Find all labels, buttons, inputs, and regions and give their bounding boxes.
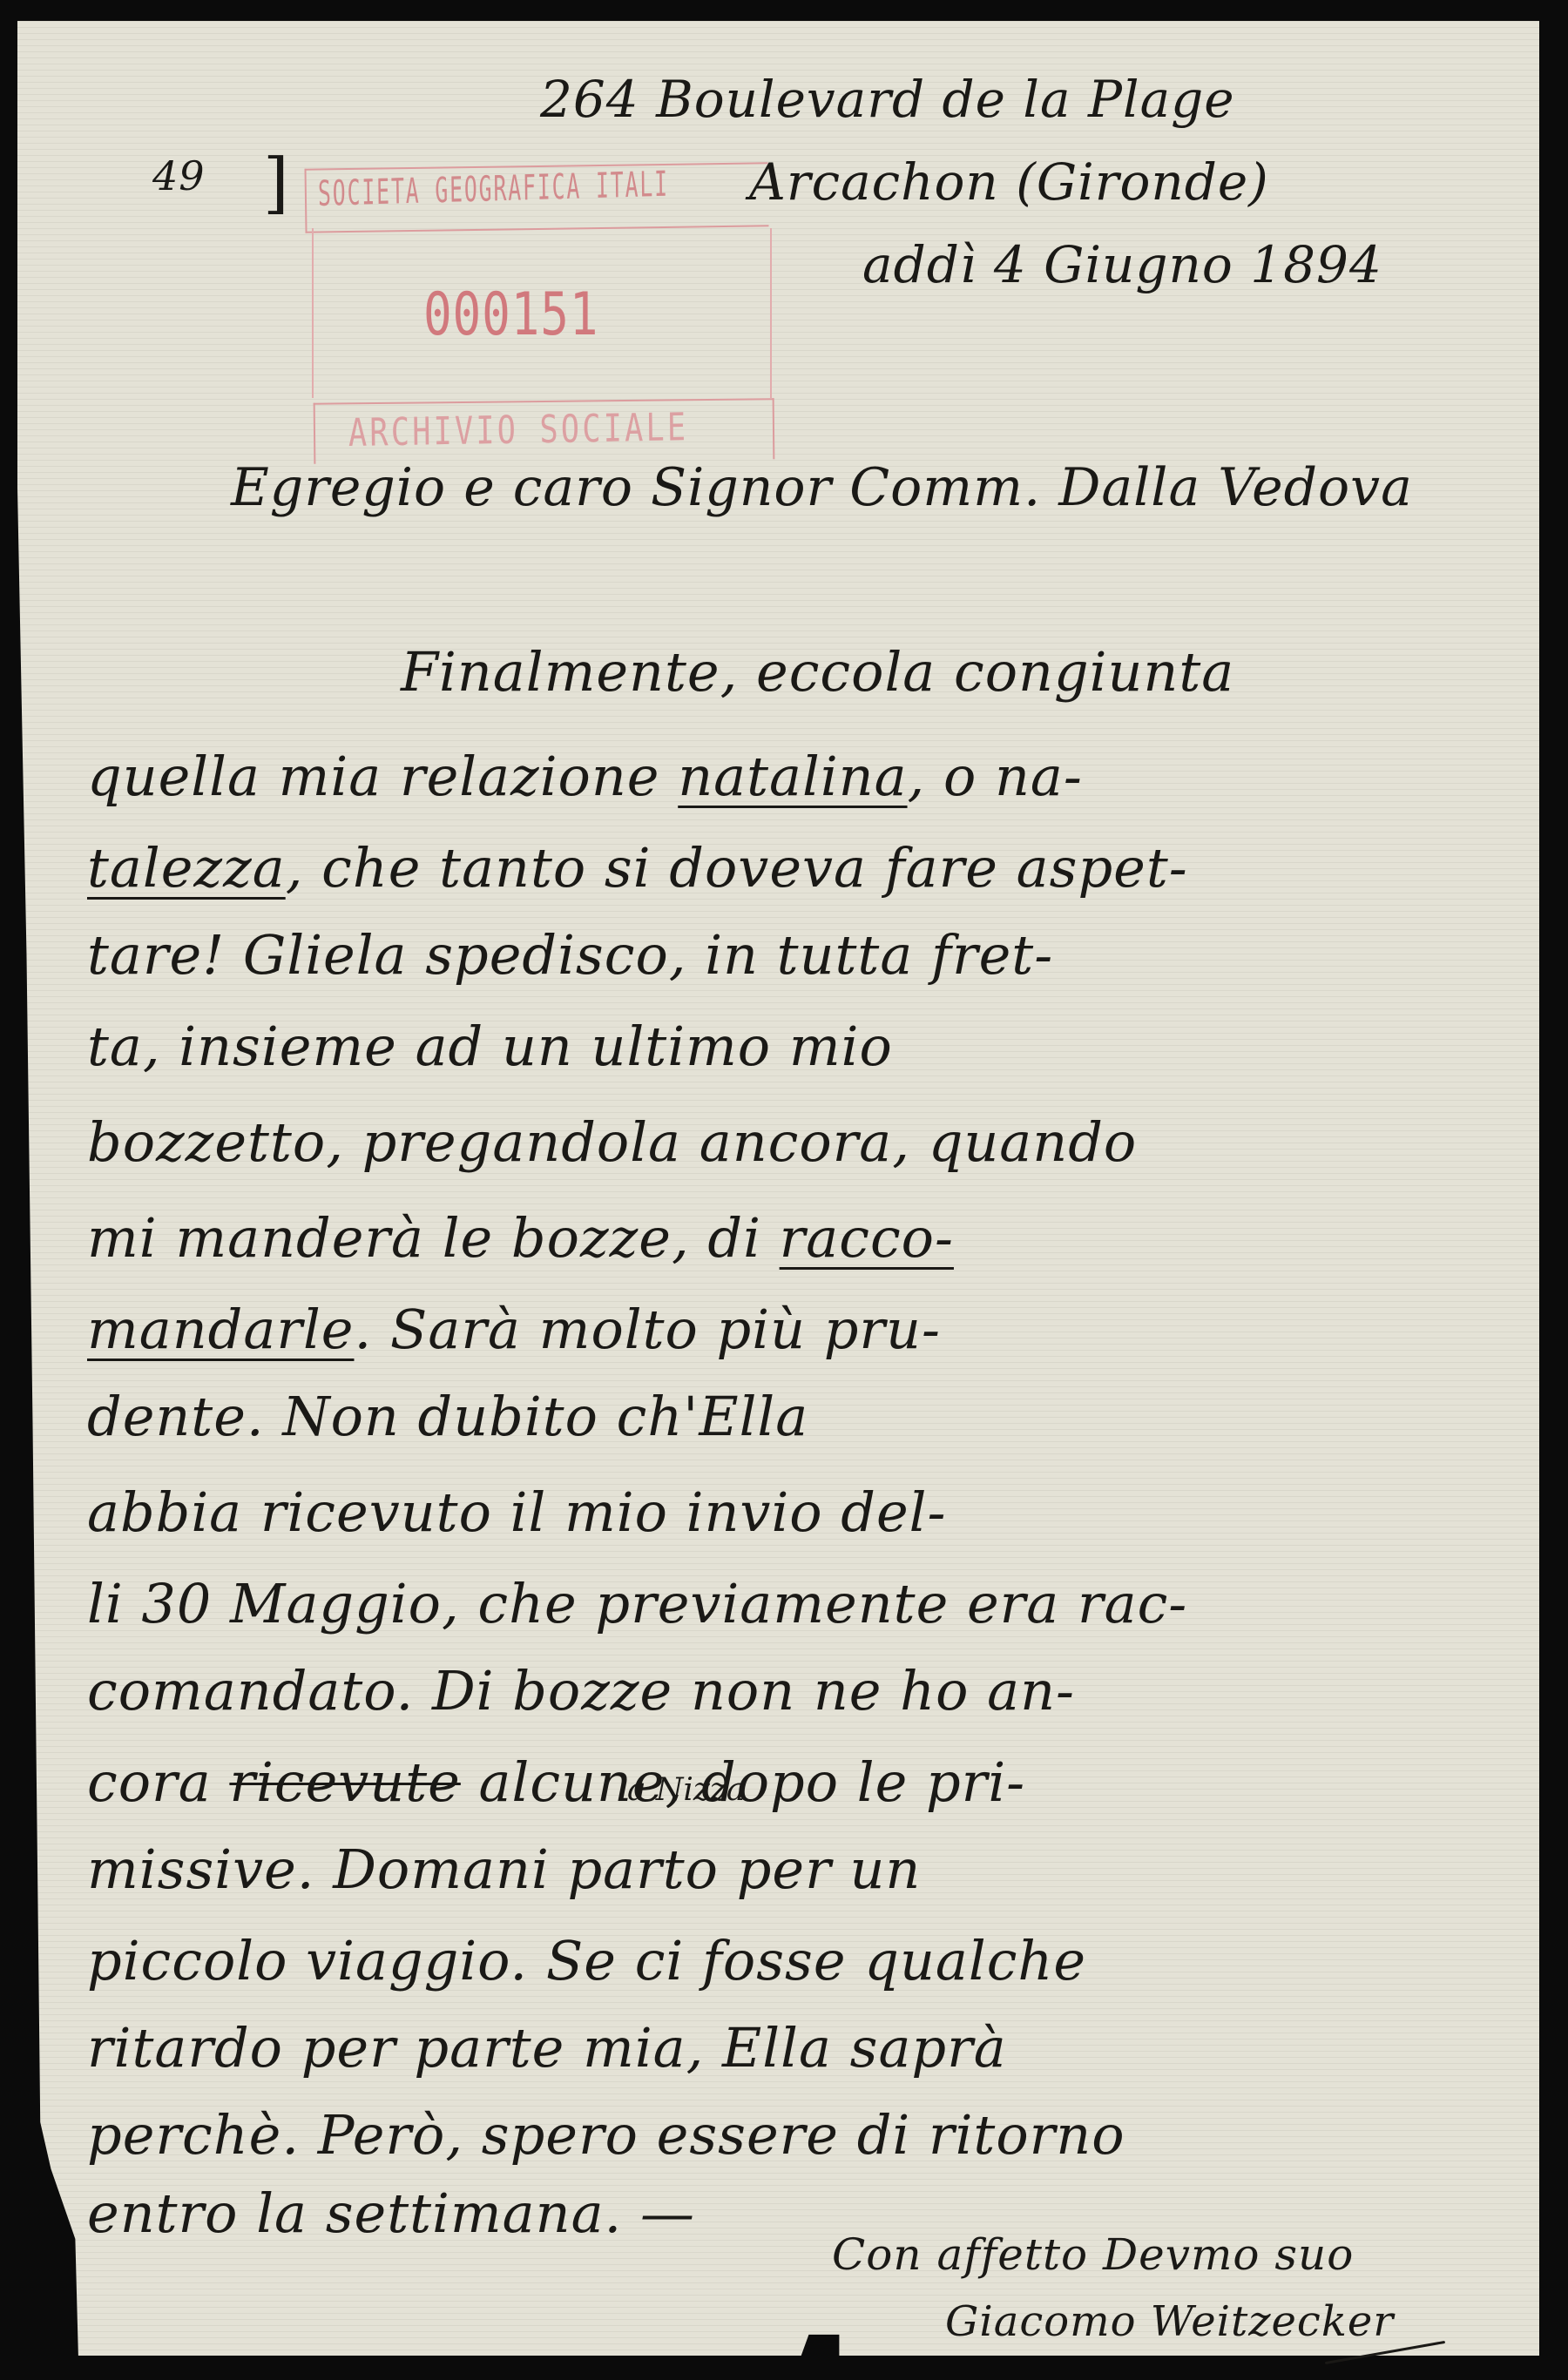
body-line: mandarle. Sarà molto più pru-: [87, 1298, 941, 1361]
signature: Giacomo Weitzecker: [945, 2297, 1394, 2346]
body-text: quella mia relazione: [87, 745, 678, 808]
archive-page-number: 49: [152, 152, 206, 199]
underlined-word: racco-: [780, 1206, 954, 1270]
body-line: cora ricevute alcune, dopo le pri-: [87, 1750, 1025, 1814]
archive-bracket: ]: [263, 144, 290, 221]
body-line: comandato. Di bozze non ne ho an-: [87, 1659, 1075, 1723]
underlined-word: natalina: [678, 745, 907, 808]
closing-phrase: Con affetto Devmo suo: [832, 2229, 1354, 2280]
underlined-word: talezza: [87, 836, 286, 900]
body-text: , o na-: [908, 745, 1083, 808]
letter-page: [17, 21, 1539, 2356]
body-line: dente. Non dubito ch'Ella: [87, 1385, 808, 1448]
body-text: missive.: [87, 1837, 333, 1901]
underlined-word: mandarle: [87, 1298, 355, 1361]
body-line: ritardo per parte mia, Ella saprà: [87, 2016, 1007, 2080]
body-line: piccolo viaggio. Se ci fosse qualche: [87, 1929, 1086, 1992]
body-text: , che tanto si doveva fare aspet-: [286, 836, 1188, 900]
body-text: cora: [87, 1750, 229, 1814]
address-city: Arcachon (Gironde): [749, 152, 1269, 212]
address-street: 264 Boulevard de la Plage: [540, 70, 1235, 129]
body-line: tare! Gliela spedisco, in tutta fret-: [87, 923, 1053, 987]
body-line: quella mia relazione natalina, o na-: [87, 745, 1083, 808]
body-line: Finalmente, eccola congiunta: [401, 640, 1234, 704]
stamp-archive-number: 000151: [423, 280, 598, 349]
body-line: abbia ricevuto il mio invio del-: [87, 1480, 946, 1544]
stamp-archive-label: ARCHIVIO SOCIALE: [348, 405, 689, 455]
body-line: entro la settimana. —: [87, 2181, 695, 2245]
body-text: . Sarà molto più pru-: [355, 1298, 941, 1361]
body-text: mi manderà le bozze, di: [87, 1206, 780, 1270]
body-line: talezza, che tanto si doveva fare aspet-: [87, 836, 1188, 900]
body-line: perchè. Però, spero essere di ritorno: [87, 2103, 1125, 2167]
body-line: li 30 Maggio, che previamente era rac-: [87, 1572, 1187, 1635]
body-line: ta, insieme ad un ultimo mio: [87, 1015, 893, 1078]
salutation: Egregio e caro Signor Comm. Dalla Vedova: [231, 457, 1413, 518]
body-line: mi manderà le bozze, di racco-: [87, 1206, 954, 1270]
body-line: bozzetto, pregandola ancora, quando: [87, 1110, 1137, 1174]
body-line: missive. Domani parto per un: [87, 1837, 921, 1901]
letter-date: addì 4 Giugno 1894: [862, 235, 1382, 294]
corrected-word: ricevute: [229, 1750, 460, 1814]
interlinear-insertion: a Nizza: [627, 1772, 745, 1808]
body-text: Domani parto per un: [333, 1837, 921, 1901]
